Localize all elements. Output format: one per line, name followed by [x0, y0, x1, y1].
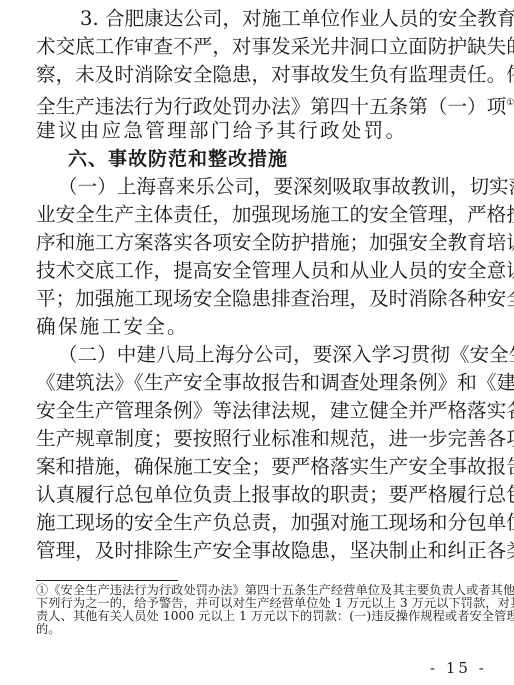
para1-line: 技术交底工作，提高安全管理人员和从业人员的安全意识和水: [36, 259, 476, 283]
body-line: 3. 合肥康达公司，对施工单位作业人员的安全教育培训和技: [80, 7, 476, 31]
footnote-ref[interactable]: ①: [506, 98, 514, 108]
para2-line: 生产规章制度；要按照行业标准和规范，进一步完善各项施工方: [36, 427, 476, 451]
footnote-line: 责人、其他有关人员处 1000 元以上 1 万元以下的罚款：(一)违反操作规程或…: [36, 610, 476, 623]
para1-line: 平；加强施工现场安全隐患排查治理，及时消除各种安全隐患，: [36, 287, 476, 311]
body-line-with-footnote-ref: 全生产违法行为行政处罚办法》第四十五条第（一）项①之规定，: [36, 91, 476, 115]
para2-line: 案和措施，确保施工安全；要严格落实生产安全事故报告制度，: [36, 455, 476, 479]
para2-line: 认真履行总包单位负责上报事故的职责；要严格履行总包单位对: [36, 483, 476, 507]
para2-line: 管理，及时排除生产安全事故隐患，坚决制止和纠正各类违章违: [36, 539, 476, 563]
page-number: - 15 -: [430, 659, 487, 677]
body-line: 建议由应急管理部门给予其行政处罚。: [36, 119, 476, 143]
para1-line: 确保施工安全。: [36, 315, 476, 339]
section-heading: 六、事故防范和整改措施: [68, 147, 508, 171]
para2-line: （二）中建八局上海分公司，要深入学习贯彻《安全生产法》: [58, 343, 476, 367]
body-line: 术交底工作审查不严，对事发采光井洞口立面防护缺失的情况失: [36, 35, 476, 59]
para2-line: 安全生产管理条例》等法律法规，建立健全并严格落实各项安全: [36, 399, 476, 423]
para1-line: 业安全生产主体责任，加强现场施工的安全管理，严格按建设程: [36, 203, 476, 227]
para1-line: （一）上海喜来乐公司，要深刻吸取事故教训，切实落实企: [58, 175, 476, 199]
para1-line: 序和施工方案落实各项安全防护措施；加强安全教育培训和安全: [36, 231, 476, 255]
para2-line: 施工现场的安全生产负总责，加强对施工现场和分包单位的安全: [36, 511, 476, 535]
footnote-separator: [36, 580, 178, 581]
footnote-line: 的。: [36, 623, 476, 636]
para2-line: 《建筑法》《生产安全事故报告和调查处理条例》和《建设工程: [36, 371, 476, 395]
body-line: 察，未及时消除安全隐患，对事故发生负有监理责任。依据《安: [36, 63, 476, 87]
body-text: 全生产违法行为行政处罚办法》第四十五条第（一）项: [36, 95, 506, 118]
